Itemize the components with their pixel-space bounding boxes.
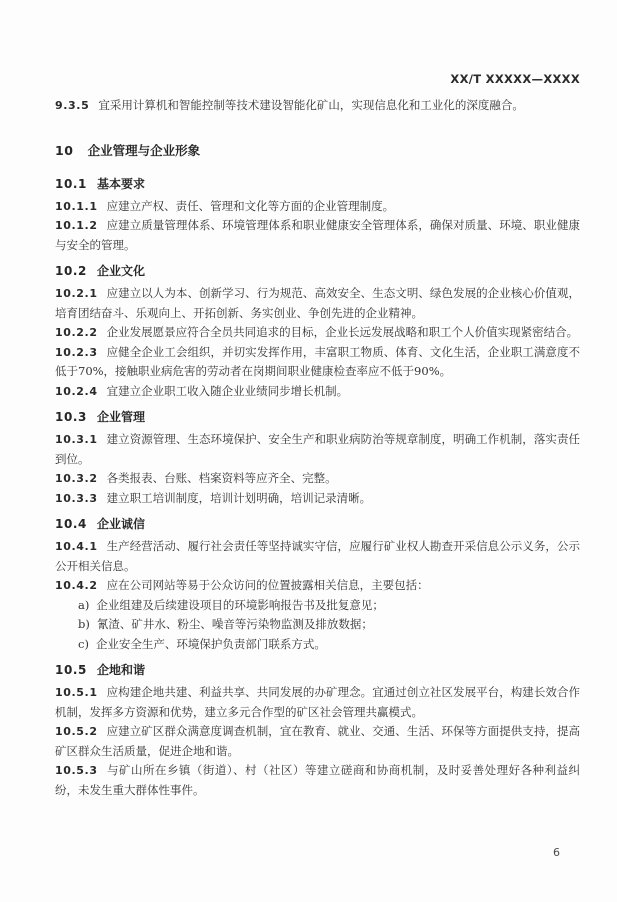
clause-text: 与矿山所在乡镇（街道）、村（社区）等建立磋商和协商机制，及时妥善处理好各种利益纠…: [55, 763, 580, 797]
subsection-number: 10.4: [55, 517, 87, 531]
section-heading-10: 10企业管理与企业形象: [55, 143, 580, 159]
list-item-label: b): [78, 617, 90, 631]
section-title: 企业管理与企业形象: [88, 143, 201, 158]
subsection-number: 10.2: [55, 264, 87, 278]
clause-number: 10.2.4: [55, 385, 98, 398]
clause-text: 宜采用计算机和智能控制等技术建设智能化矿山，实现信息化和工业化的深度融合。: [98, 98, 524, 112]
subsection-title: 企地和谐: [97, 663, 145, 677]
standard-code-header: XX/T XXXXX—XXXX: [55, 72, 580, 86]
list-item-b: b)氰渣、矿井水、粉尘、噪音等污染物监测及排放数据；: [55, 615, 580, 635]
clause-10-5-2: 10.5.2应建立矿区群众满意度调查机制，宜在教育、就业、交通、生活、环保等方面…: [55, 722, 580, 761]
subsection-heading-10-4: 10.4企业诚信: [55, 516, 580, 532]
subsection-title: 企业管理: [97, 410, 145, 424]
list-item-label: c): [78, 637, 89, 651]
clause-text: 应建立产权、责任、管理和文化等方面的企业管理制度。: [107, 199, 395, 213]
clause-10-3-3: 10.3.3建立职工培训制度，培训计划明确，培训记录清晰。: [55, 489, 580, 509]
clause-text: 建立职工培训制度，培训计划明确，培训记录清晰。: [107, 491, 372, 505]
document-page: XX/T XXXXX—XXXX 9.3.5宜采用计算机和智能控制等技术建设智能化…: [0, 0, 617, 902]
list-item-a: a)企业组建及后续建设项目的环境影响报告书及批复意见；: [55, 596, 580, 616]
clause-text: 应建立质量管理体系、环境管理体系和职业健康安全管理体系，确保对质量、环境、职业健…: [55, 218, 580, 252]
clause-number: 10.3.2: [55, 472, 98, 485]
clause-10-3-1: 10.3.1建立资源管理、生态环境保护、安全生产和职业病防治等规章制度，明确工作…: [55, 430, 580, 469]
clause-9-3-5: 9.3.5宜采用计算机和智能控制等技术建设智能化矿山，实现信息化和工业化的深度融…: [55, 96, 580, 116]
clause-10-4-2: 10.4.2应在公司网站等易于公众访问的位置披露相关信息，主要包括：: [55, 576, 580, 596]
subsection-number: 10.1: [55, 177, 87, 191]
clause-text: 应建立矿区群众满意度调查机制，宜在教育、就业、交通、生活、环保等方面提供支持，提…: [55, 724, 580, 758]
clause-number: 10.1.2: [55, 219, 98, 232]
subsection-title: 企业诚信: [97, 517, 145, 531]
clause-10-2-3: 10.2.3应健全企业工会组织，并切实发挥作用，丰富职工物质、体育、文化生活，企…: [55, 343, 580, 382]
subsection-heading-10-5: 10.5企地和谐: [55, 662, 580, 678]
clause-10-4-1: 10.4.1生产经营活动、履行社会责任等坚持诚实守信，应履行矿业权人勘查开采信息…: [55, 537, 580, 576]
section-number: 10: [55, 143, 74, 158]
clause-text: 生产经营活动、履行社会责任等坚持诚实守信，应履行矿业权人勘查开采信息公示义务，公…: [55, 539, 580, 573]
clause-10-2-2: 10.2.2企业发展愿景应符合全员共同追求的目标，企业长远发展战略和职工个人价值…: [55, 323, 580, 343]
clause-text: 各类报表、台账、档案资料等应齐全、完整。: [107, 471, 337, 485]
page-content: XX/T XXXXX—XXXX 9.3.5宜采用计算机和智能控制等技术建设智能化…: [0, 0, 617, 800]
clause-10-5-1: 10.5.1应构建企地共建、利益共享、共同发展的办矿理念。宜通过创立社区发展平台…: [55, 683, 580, 722]
subsection-number: 10.5: [55, 663, 87, 677]
clause-10-2-4: 10.2.4宜建立企业职工收入随企业业绩同步增长机制。: [55, 382, 580, 402]
clause-number: 10.2.2: [55, 326, 98, 339]
clause-number: 10.2.1: [55, 287, 98, 300]
page-number: 6: [553, 846, 560, 860]
clause-number: 10.1.1: [55, 200, 98, 213]
clause-text: 应构建企地共建、利益共享、共同发展的办矿理念。宜通过创立社区发展平台，构建长效合…: [55, 685, 580, 719]
clause-10-3-2: 10.3.2各类报表、台账、档案资料等应齐全、完整。: [55, 469, 580, 489]
clause-number: 10.4.1: [55, 540, 98, 553]
list-item-text: 氰渣、矿井水、粉尘、噪音等污染物监测及排放数据；: [97, 617, 373, 631]
clause-number: 10.5.2: [55, 725, 98, 738]
subsection-heading-10-1: 10.1基本要求: [55, 176, 580, 192]
list-item-text: 企业组建及后续建设项目的环境影响报告书及批复意见；: [96, 598, 384, 612]
clause-text: 宜建立企业职工收入随企业业绩同步增长机制。: [107, 384, 349, 398]
clause-number: 10.4.2: [55, 579, 98, 592]
clause-number: 10.5.3: [55, 764, 98, 777]
clause-text: 应健全企业工会组织，并切实发挥作用，丰富职工物质、体育、文化生活，企业职工满意度…: [55, 345, 580, 379]
clause-text: 企业发展愿景应符合全员共同追求的目标，企业长远发展战略和职工个人价值实现紧密结合…: [107, 325, 579, 339]
list-item-label: a): [78, 598, 89, 612]
clause-number: 10.3.1: [55, 433, 98, 446]
subsection-heading-10-2: 10.2企业文化: [55, 263, 580, 279]
clause-number: 9.3.5: [55, 99, 89, 112]
subsection-title: 基本要求: [97, 177, 145, 191]
list-item-c: c)企业安全生产、环境保护负责部门联系方式。: [55, 635, 580, 655]
clause-number: 10.3.3: [55, 492, 98, 505]
clause-text: 应建立以人为本、创新学习、行为规范、高效安全、生态文明、绿色发展的企业核心价值观…: [55, 286, 580, 320]
clause-10-2-1: 10.2.1应建立以人为本、创新学习、行为规范、高效安全、生态文明、绿色发展的企…: [55, 284, 580, 323]
clause-number: 10.5.1: [55, 686, 98, 699]
clause-10-5-3: 10.5.3与矿山所在乡镇（街道）、村（社区）等建立磋商和协商机制，及时妥善处理…: [55, 761, 580, 800]
clause-10-1-1: 10.1.1应建立产权、责任、管理和文化等方面的企业管理制度。: [55, 197, 580, 217]
subsection-number: 10.3: [55, 410, 87, 424]
subsection-heading-10-3: 10.3企业管理: [55, 409, 580, 425]
clause-10-1-2: 10.1.2应建立质量管理体系、环境管理体系和职业健康安全管理体系，确保对质量、…: [55, 216, 580, 255]
clause-text: 应在公司网站等易于公众访问的位置披露相关信息，主要包括：: [107, 578, 429, 592]
clause-number: 10.2.3: [55, 346, 98, 359]
subsection-title: 企业文化: [97, 264, 145, 278]
clause-text: 建立资源管理、生态环境保护、安全生产和职业病防治等规章制度，明确工作机制，落实责…: [55, 432, 580, 466]
list-item-text: 企业安全生产、环境保护负责部门联系方式。: [96, 637, 326, 651]
